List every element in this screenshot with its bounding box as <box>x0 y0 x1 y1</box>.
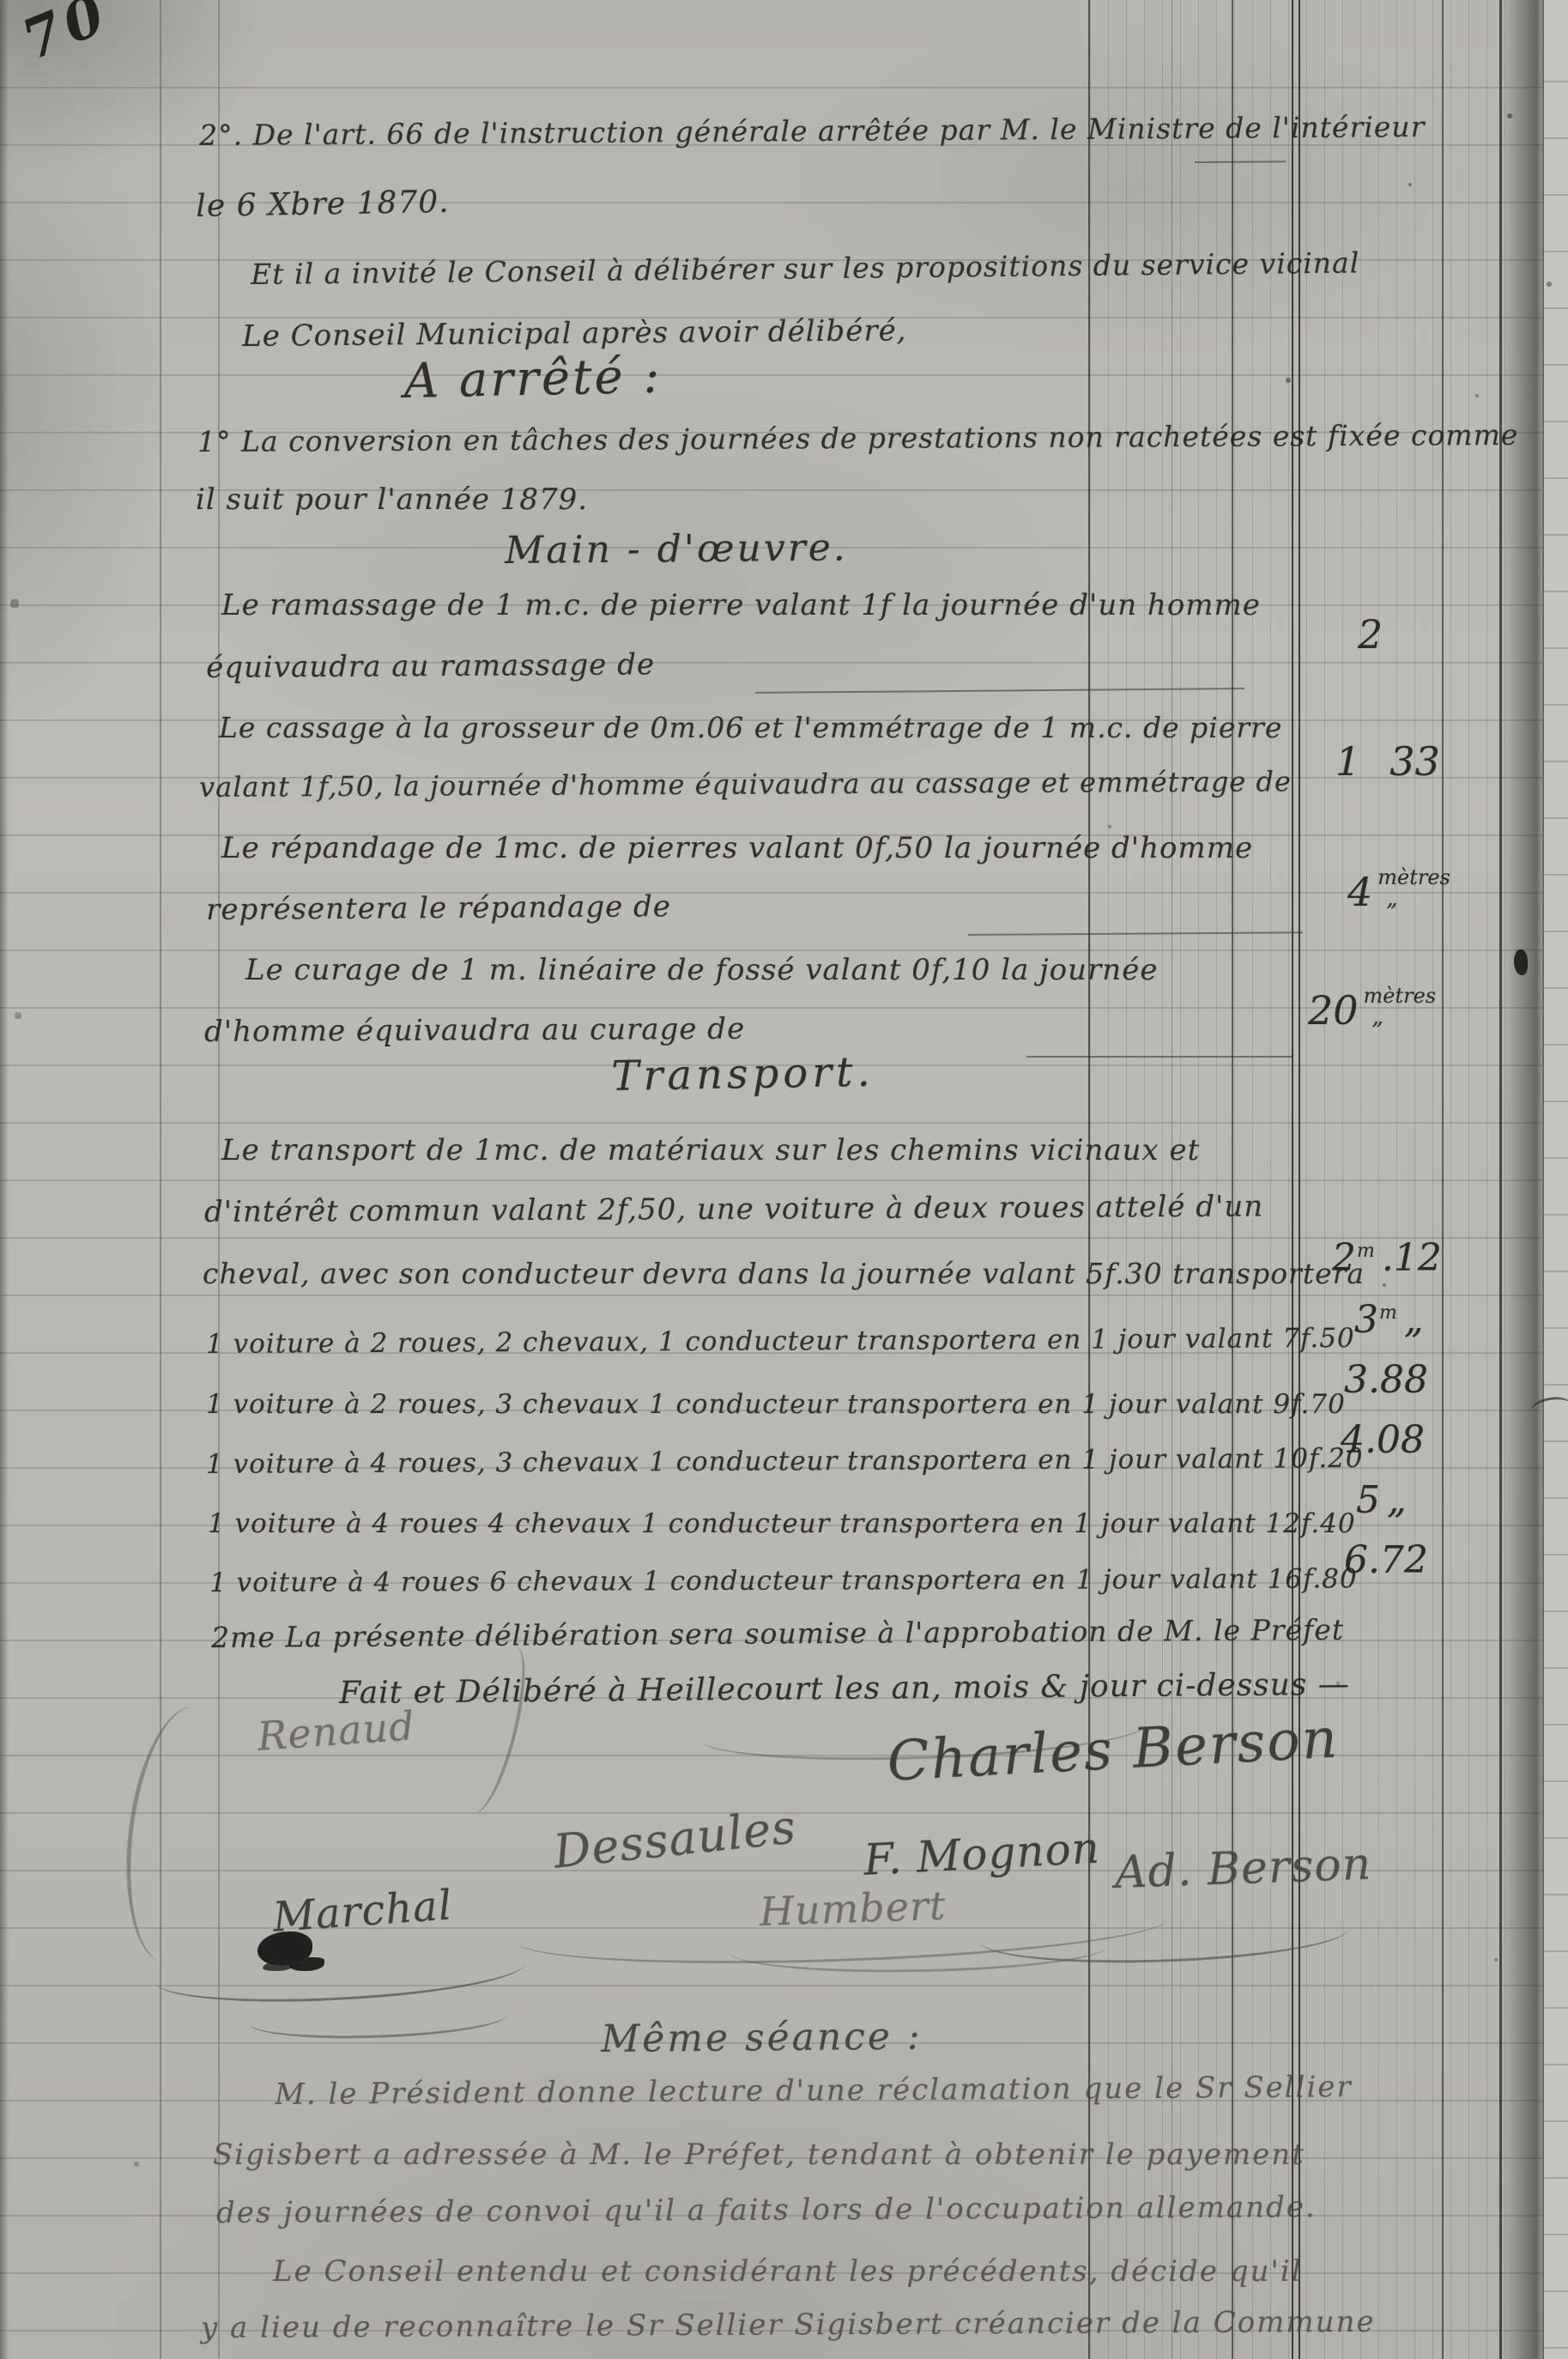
handwritten-line-article1-1: 1° La conversion en tâches des journées … <box>197 418 1518 458</box>
tariff-value-repandage: 4mètres„ <box>1347 869 1450 915</box>
handwritten-line-mo-5: Le répandage de 1mc. de pierres valant 0… <box>221 831 1253 865</box>
section-heading-main-doeuvre: Main - d'œuvre. <box>505 526 848 573</box>
margin-rule-left-1 <box>160 0 161 2359</box>
tariff-value-curage: 20mètres„ <box>1308 987 1436 1034</box>
section-heading-transport: Transport. <box>611 1048 875 1101</box>
handwritten-line-seance-3: des journées de convoi qu'il a faits lor… <box>216 2190 1317 2230</box>
handwritten-line-vehicle-5: 1 voiture à 4 roues 6 chevaux 1 conducte… <box>209 1563 1358 1598</box>
column-rule-double-b <box>1299 0 1300 2359</box>
handwritten-line-mo-4: valant 1f,50, la journée d'homme équivau… <box>199 765 1292 804</box>
handwritten-line-article1-2: il suit pour l'année 1879. <box>196 482 588 517</box>
handwritten-line-vehicle-1: 1 voiture à 2 roues, 2 chevaux, 1 conduc… <box>206 1323 1355 1360</box>
handwritten-line-tr-2: d'intérêt commun valant 2f,50, une voitu… <box>204 1190 1263 1229</box>
signature-ad-berson: Ad. Berson <box>1114 1839 1372 1899</box>
handwritten-line-vehicle-2: 1 voiture à 2 roues, 3 chevaux 1 conduct… <box>206 1389 1346 1420</box>
handwritten-line-mo-1: Le ramassage de 1 m.c. de pierre valant … <box>221 588 1261 622</box>
ink-specks <box>0 0 2 2</box>
section-heading-arrete: A arrêté : <box>403 349 663 409</box>
tariff-value-transport-5: 5„ <box>1356 1478 1407 1522</box>
binding-edge-shadow <box>0 0 9 2359</box>
tariff-value-ramassage: 2 <box>1358 611 1383 658</box>
tariff-value-cassage: 133 <box>1335 738 1440 785</box>
handwritten-line-tr-1: Le transport de 1mc. de matériaux sur le… <box>221 1133 1200 1167</box>
tariff-value-transport-2: 3m„ <box>1354 1298 1424 1342</box>
adjacent-page-ruling <box>1544 26 1568 2359</box>
handwritten-line-tr-3: cheval, avec son conducteur devra dans l… <box>203 1257 1365 1290</box>
handwritten-line-mo-8: d'homme équivaudra au curage de <box>204 1012 745 1049</box>
tariff-value-transport-3: 3.88 <box>1344 1358 1428 1402</box>
filler-dash <box>1026 1056 1293 1058</box>
handwritten-line-vehicle-3: 1 voiture à 4 roues, 3 chevaux 1 conduct… <box>206 1443 1364 1480</box>
handwritten-line-mo-7: Le curage de 1 m. linéaire de fossé vala… <box>245 953 1158 987</box>
handwritten-line-mo-3: Le cassage à la grosseur de 0m.06 et l'e… <box>219 711 1282 744</box>
column-rule-4 <box>1442 0 1444 2359</box>
adjacent-page-strip <box>1542 0 1568 2359</box>
handwritten-line-seance-4: Le Conseil entendu et considérant les pr… <box>273 2254 1303 2289</box>
column-rule-1 <box>1088 0 1090 2359</box>
column-rule-double-a <box>1292 0 1293 2359</box>
tariff-value-transport-6: 6.72 <box>1344 1538 1428 1582</box>
handwritten-line-intro-2: le 6 Xbre 1870. <box>196 185 450 224</box>
tariff-value-transport-4: 4.08 <box>1341 1418 1425 1462</box>
fine-column-grid <box>1090 0 1515 2359</box>
handwritten-line-intro-4: Le Conseil Municipal après avoir délibér… <box>242 313 907 354</box>
margin-rule-left-2 <box>218 0 220 2359</box>
fold-ink-blot <box>1514 949 1528 975</box>
page-fold-shadow <box>1500 0 1543 2359</box>
handwritten-line-mo-2: équivaudra au ramassage de <box>206 647 655 685</box>
handwritten-line-seance-5: y a lieu de reconnaître le Sr Sellier Si… <box>201 2305 1376 2345</box>
register-page: 70 2°. De l'art. 66 de l'instruction gén… <box>0 0 1568 2359</box>
column-rule-3 <box>1232 0 1233 2359</box>
section-heading-meme-seance: Même séance : <box>601 2015 923 2061</box>
tariff-value-transport-1: 2m.12 <box>1332 1236 1442 1280</box>
handwritten-line-seance-2: Sigisbert a adressée à M. le Préfet, ten… <box>213 2138 1305 2172</box>
handwritten-line-vehicle-4: 1 voiture à 4 roues 4 chevaux 1 conducte… <box>208 1508 1356 1539</box>
handwritten-line-mo-6: représentera le répandage de <box>206 889 671 927</box>
column-rule-2 <box>1171 0 1172 2359</box>
